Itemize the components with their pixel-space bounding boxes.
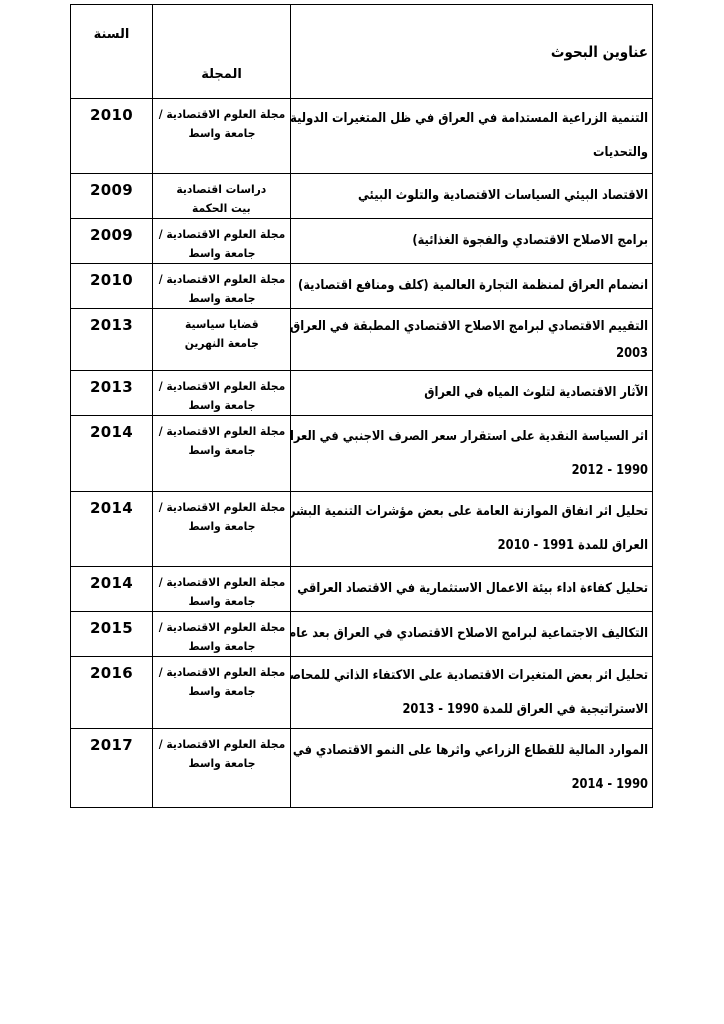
journal-name: مجلة العلوم الاقتصادية / جامعة واسط: [158, 377, 284, 415]
header-year: السنة: [71, 5, 153, 99]
table-row: برامج الاصلاح الاقتصادي والفجوة الغذائية…: [71, 219, 653, 264]
table-row: اثر السياسة النقدية على استقرار سعر الصر…: [71, 416, 653, 492]
journal-cell: مجلة العلوم الاقتصادية / جامعة واسط: [153, 567, 291, 612]
journal-cell: مجلة العلوم الاقتصادية / جامعة واسط: [153, 264, 291, 309]
research-title: انضمام العراق لمنظمة التجارة العالمية (ك…: [336, 269, 648, 303]
journal-name: مجلة العلوم الاقتصادية / جامعة واسط: [158, 618, 284, 656]
journal-name: مجلة العلوم الاقتصادية / جامعة واسط: [158, 225, 284, 263]
title-cell: الآثار الاقتصادية لتلوث المياه في العراق: [291, 371, 653, 416]
year-cell: 2013: [71, 371, 153, 416]
research-title: الموارد المالية للقطاع الزراعي واثرها عل…: [336, 734, 648, 802]
table-header: عناوين البحوث المجلة السنة: [71, 5, 653, 99]
table-row: الآثار الاقتصادية لتلوث المياه في العراق…: [71, 371, 653, 416]
research-title: تحليل اثر انفاق الموازنة العامة على بعض …: [336, 495, 648, 563]
table-row: التقييم الاقتصادي لبرامج الاصلاح الاقتصا…: [71, 309, 653, 371]
year-cell: 2013: [71, 309, 153, 371]
title-cell: انضمام العراق لمنظمة التجارة العالمية (ك…: [291, 264, 653, 309]
title-cell: التنمية الزراعية المستدامة في العراق في …: [291, 99, 653, 174]
journal-cell: قضايا سياسية جامعة النهرين: [153, 309, 291, 371]
journal-cell: مجلة العلوم الاقتصادية / جامعة واسط: [153, 371, 291, 416]
table-row: تحليل اثر بعض المتغيرات الاقتصادية على ا…: [71, 657, 653, 729]
year-cell: 2014: [71, 492, 153, 567]
journal-cell: مجلة العلوم الاقتصادية / جامعة واسط: [153, 492, 291, 567]
research-title: تحليل كفاءة اداء بيئة الاعمال الاستثماري…: [336, 572, 648, 606]
table-row: التكاليف الاجتماعية لبرامج الاصلاح الاقت…: [71, 612, 653, 657]
table-body: التنمية الزراعية المستدامة في العراق في …: [71, 99, 653, 808]
journal-name: مجلة العلوم الاقتصادية / جامعة واسط: [158, 663, 284, 701]
journal-name: مجلة العلوم الاقتصادية / جامعة واسط: [158, 422, 284, 460]
research-title: التكاليف الاجتماعية لبرامج الاصلاح الاقت…: [336, 617, 648, 651]
table-row: تحليل اثر انفاق الموازنة العامة على بعض …: [71, 492, 653, 567]
publications-table: عناوين البحوث المجلة السنة التنمية الزرا…: [70, 4, 653, 808]
journal-cell: مجلة العلوم الاقتصادية / جامعة واسط: [153, 657, 291, 729]
year-cell: 2015: [71, 612, 153, 657]
journal-cell: مجلة العلوم الاقتصادية / جامعة واسط: [153, 729, 291, 808]
research-title: التقييم الاقتصادي لبرامج الاصلاح الاقتصا…: [336, 313, 648, 367]
year-cell: 2009: [71, 174, 153, 219]
title-cell: تحليل اثر انفاق الموازنة العامة على بعض …: [291, 492, 653, 567]
header-row: عناوين البحوث المجلة السنة: [71, 5, 653, 99]
title-cell: التكاليف الاجتماعية لبرامج الاصلاح الاقت…: [291, 612, 653, 657]
year-cell: 2014: [71, 567, 153, 612]
table-row: الموارد المالية للقطاع الزراعي واثرها عل…: [71, 729, 653, 808]
journal-name: مجلة العلوم الاقتصادية / جامعة واسط: [158, 498, 284, 536]
journal-cell: مجلة العلوم الاقتصادية / جامعة واسط: [153, 99, 291, 174]
journal-cell: دراسات اقتصادية بيت الحكمة: [153, 174, 291, 219]
year-cell: 2014: [71, 416, 153, 492]
title-cell: الاقتصاد البيئي السياسات الاقتصادية والت…: [291, 174, 653, 219]
research-title: اثر السياسة النقدية على استقرار سعر الصر…: [336, 420, 648, 488]
research-title: برامج الاصلاح الاقتصادي والفجوة الغذائية…: [336, 224, 648, 258]
research-title: تحليل اثر بعض المتغيرات الاقتصادية على ا…: [336, 659, 648, 727]
header-journal: المجلة: [153, 5, 291, 99]
table-row: التنمية الزراعية المستدامة في العراق في …: [71, 99, 653, 174]
title-cell: تحليل اثر بعض المتغيرات الاقتصادية على ا…: [291, 657, 653, 729]
table-row: انضمام العراق لمنظمة التجارة العالمية (ك…: [71, 264, 653, 309]
journal-name: مجلة العلوم الاقتصادية / جامعة واسط: [158, 735, 284, 773]
journal-name: دراسات اقتصادية بيت الحكمة: [177, 180, 267, 218]
research-title: الآثار الاقتصادية لتلوث المياه في العراق: [336, 376, 648, 410]
journal-name: قضايا سياسية جامعة النهرين: [185, 315, 259, 353]
title-cell: برامج الاصلاح الاقتصادي والفجوة الغذائية…: [291, 219, 653, 264]
research-title: الاقتصاد البيئي السياسات الاقتصادية والت…: [336, 179, 648, 213]
journal-name: مجلة العلوم الاقتصادية / جامعة واسط: [158, 573, 284, 611]
journal-cell: مجلة العلوم الاقتصادية / جامعة واسط: [153, 612, 291, 657]
title-cell: تحليل كفاءة اداء بيئة الاعمال الاستثماري…: [291, 567, 653, 612]
year-cell: 2010: [71, 99, 153, 174]
title-cell: التقييم الاقتصادي لبرامج الاصلاح الاقتصا…: [291, 309, 653, 371]
table-row: تحليل كفاءة اداء بيئة الاعمال الاستثماري…: [71, 567, 653, 612]
table-row: الاقتصاد البيئي السياسات الاقتصادية والت…: [71, 174, 653, 219]
journal-name: مجلة العلوم الاقتصادية / جامعة واسط: [158, 270, 284, 308]
year-cell: 2010: [71, 264, 153, 309]
research-title: التنمية الزراعية المستدامة في العراق في …: [336, 102, 648, 170]
title-cell: الموارد المالية للقطاع الزراعي واثرها عل…: [291, 729, 653, 808]
title-cell: اثر السياسة النقدية على استقرار سعر الصر…: [291, 416, 653, 492]
year-cell: 2016: [71, 657, 153, 729]
year-cell: 2009: [71, 219, 153, 264]
header-research-titles: عناوين البحوث: [291, 5, 653, 99]
year-cell: 2017: [71, 729, 153, 808]
header-research-titles-label: عناوين البحوث: [330, 43, 648, 61]
journal-cell: مجلة العلوم الاقتصادية / جامعة واسط: [153, 416, 291, 492]
journal-name: مجلة العلوم الاقتصادية / جامعة واسط: [158, 105, 284, 143]
journal-cell: مجلة العلوم الاقتصادية / جامعة واسط: [153, 219, 291, 264]
